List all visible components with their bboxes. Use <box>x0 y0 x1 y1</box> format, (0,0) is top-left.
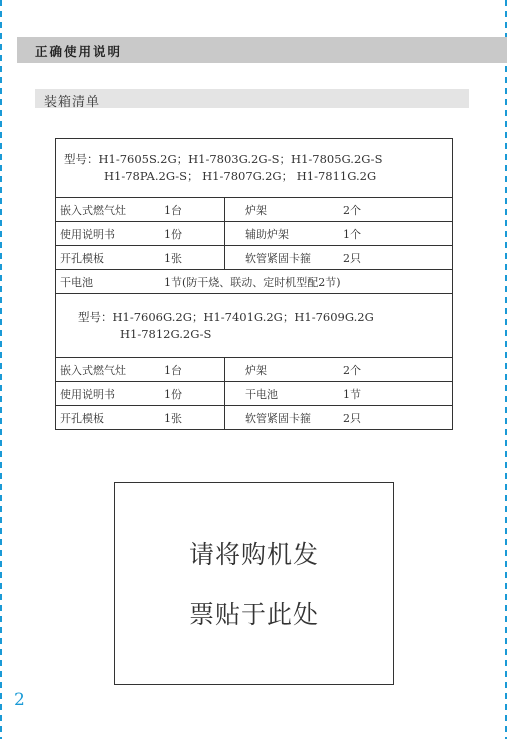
table-row: 嵌入式燃气灶1台 炉架2个 <box>56 358 453 382</box>
group2-models-cell: 型号：H1-7606G.2G；H1-7401G.2G；H1-7609G.2G H… <box>56 294 453 358</box>
left-dashed-border <box>0 0 2 739</box>
table-row: 嵌入式燃气灶1台 炉架2个 <box>56 198 453 222</box>
item-name: 炉架 <box>225 202 343 218</box>
battery-row: 干电池1节(防干烧、联动、定时机型配2节) <box>56 270 453 294</box>
item-name: 使用说明书 <box>56 226 164 242</box>
item-name: 嵌入式燃气灶 <box>56 362 164 378</box>
table-row: 开孔模板1张 软管紧固卡箍2只 <box>56 406 453 430</box>
item-qty: 1份 <box>164 228 182 241</box>
item-name: 开孔模板 <box>56 250 164 266</box>
item-qty: 1份 <box>164 388 182 401</box>
group1-models-line2: H1-78PA.2G-S； H1-7807G.2G； H1-7811G.2G <box>64 168 452 185</box>
item-qty: 1台 <box>164 204 182 217</box>
group1-models-line1: 型号：H1-7605S.2G；H1-7803G.2G-S；H1-7805G.2G… <box>64 152 382 166</box>
item-name: 嵌入式燃气灶 <box>56 202 164 218</box>
item-name: 软管紧固卡箍 <box>225 410 343 426</box>
item-qty: 2个 <box>343 204 361 217</box>
subsection-header-bar <box>35 89 469 108</box>
item-name: 辅助炉架 <box>225 226 343 242</box>
section-title: 正确使用说明 <box>35 42 122 60</box>
item-qty: 2只 <box>343 252 361 265</box>
group2-models-row: 型号：H1-7606G.2G；H1-7401G.2G；H1-7609G.2G H… <box>56 294 453 358</box>
item-name: 炉架 <box>225 362 343 378</box>
table-row: 使用说明书1份 干电池1节 <box>56 382 453 406</box>
item-name: 开孔模板 <box>56 410 164 426</box>
item-name: 使用说明书 <box>56 386 164 402</box>
item-qty: 1张 <box>164 252 182 265</box>
item-name: 干电池 <box>56 274 164 290</box>
group2-models-line1: 型号：H1-7606G.2G；H1-7401G.2G；H1-7609G.2G <box>78 310 374 324</box>
table-row: 开孔模板1张 软管紧固卡箍2只 <box>56 246 453 270</box>
group1-models-row: 型号：H1-7605S.2G；H1-7803G.2G-S；H1-7805G.2G… <box>56 139 453 198</box>
item-name: 软管紧固卡箍 <box>225 250 343 266</box>
item-qty: 1节 <box>343 388 361 401</box>
receipt-text-line1: 请将购机发 <box>115 535 393 571</box>
table-row: 使用说明书1份 辅助炉架1个 <box>56 222 453 246</box>
item-qty: 1个 <box>343 228 361 241</box>
subsection-title: 装箱清单 <box>44 91 100 110</box>
packing-list-table: 型号：H1-7605S.2G；H1-7803G.2G-S；H1-7805G.2G… <box>55 138 453 430</box>
right-dashed-border <box>505 0 507 739</box>
item-qty: 1台 <box>164 364 182 377</box>
item-name: 干电池 <box>225 386 343 402</box>
group2-models-line2: H1-7812G.2G-S <box>78 326 452 343</box>
item-qty: 1节(防干烧、联动、定时机型配2节) <box>164 276 341 289</box>
group1-models-cell: 型号：H1-7605S.2G；H1-7803G.2G-S；H1-7805G.2G… <box>56 139 453 198</box>
receipt-placeholder-box: 请将购机发 票贴于此处 <box>114 482 394 685</box>
page-number: 2 <box>14 690 25 710</box>
receipt-text-line2: 票贴于此处 <box>115 595 393 631</box>
item-qty: 2只 <box>343 412 361 425</box>
item-qty: 2个 <box>343 364 361 377</box>
item-qty: 1张 <box>164 412 182 425</box>
